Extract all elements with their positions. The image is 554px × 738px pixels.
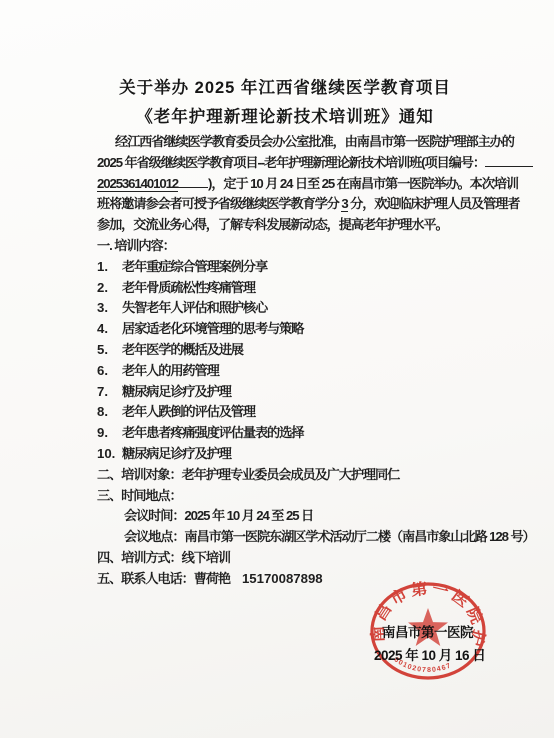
section-4: 四、培训方式：线下培训 <box>97 548 505 569</box>
blank-underline <box>485 153 533 167</box>
list-item: 5.老年医学的概括及进展 <box>97 340 505 361</box>
meeting-time: 会议时间：2025 年 10 月 24 至 25 日 <box>97 506 505 527</box>
title-line-2: 《老年护理新理论新技术培训班》通知 <box>30 103 540 132</box>
item-text: 老年人跌倒的评估及管理 <box>122 404 255 419</box>
intro-line-1: 经江西省继续医学教育委员会办公室批准，由南昌市第一医院护理部主办的 <box>97 132 505 153</box>
section-1-heading: 一. 培训内容： <box>97 236 505 257</box>
item-number: 8. <box>97 402 122 423</box>
section-2: 二、培训对象：老年护理专业委员会成员及广大护理同仁 <box>97 465 505 486</box>
meeting-place: 会议地点：南昌市第一医院东湖区学术活动厅二楼（南昌市象山北路 128 号） <box>97 527 505 548</box>
item-text: 老年患者疼痛强度评估量表的选择 <box>122 425 303 440</box>
item-number: 7. <box>97 382 122 403</box>
list-item: 6.老年人的用药管理 <box>97 361 505 382</box>
contact-phone: 15170087898 <box>242 571 323 586</box>
intro-line-4-post: 分，欢迎临床护理人员及管理者 <box>348 196 520 211</box>
item-number: 10. <box>97 444 122 465</box>
intro-line-4-pre: 班将邀请参会者可授予省级继续医学教育学分 <box>97 196 341 211</box>
intro-line-3: 2025361401012)，定于 10 月 24 日至 25 在南昌市第一医院… <box>97 174 505 195</box>
item-number: 1. <box>97 257 122 278</box>
item-number: 4. <box>97 319 122 340</box>
item-number: 3. <box>97 298 122 319</box>
item-text: 老年人的用药管理 <box>122 363 219 378</box>
list-item: 8.老年人跌倒的评估及管理 <box>97 402 505 423</box>
contact-label: 五、联系人电话：曹荷艳 <box>97 571 230 586</box>
list-item: 7.糖尿病足诊疗及护理 <box>97 382 505 403</box>
signature-date: 2025 年 10 月 16 日 <box>374 645 485 668</box>
item-number: 2. <box>97 278 122 299</box>
list-item: 3.失智老年人评估和照护核心 <box>97 298 505 319</box>
item-text: 老年骨质疏松性疼痛管理 <box>122 280 255 295</box>
item-text: 失智老年人评估和照护核心 <box>122 300 267 315</box>
document-body: 经江西省继续医学教育委员会办公室批准，由南昌市第一医院护理部主办的 2025 年… <box>97 132 505 590</box>
list-item: 9.老年患者疼痛强度评估量表的选择 <box>97 423 505 444</box>
item-text: 老年医学的概括及进展 <box>122 342 243 357</box>
item-number: 6. <box>97 361 122 382</box>
title-line-1: 关于举办 2025 年江西省继续医学教育项目 <box>30 74 540 103</box>
section-3-heading: 三、时间地点： <box>97 486 505 507</box>
document-page: 关于举办 2025 年江西省继续医学教育项目 《老年护理新理论新技术培训班》通知… <box>0 0 554 738</box>
list-item: 4.居家适老化环境管理的思考与策略 <box>97 319 505 340</box>
intro-line-2-text: 2025 年省级继续医学教育项目--老年护理新理论新技术培训班(项目编号： <box>97 155 485 170</box>
item-text: 居家适老化环境管理的思考与策略 <box>122 321 303 336</box>
item-number: 5. <box>97 340 122 361</box>
project-number: 2025361401012 <box>97 176 178 192</box>
list-item: 2.老年骨质疏松性疼痛管理 <box>97 278 505 299</box>
item-text: 老年重症综合管理案例分享 <box>122 259 267 274</box>
intro-line-2: 2025 年省级继续医学教育项目--老年护理新理论新技术培训班(项目编号： <box>97 153 505 174</box>
signature-block: 南昌市第一医院 2025 年 10 月 16 日 <box>374 622 485 667</box>
intro-line-4: 班将邀请参会者可授予省级继续医学教育学分 3 分，欢迎临床护理人员及管理者 <box>97 194 505 215</box>
document-title: 关于举办 2025 年江西省继续医学教育项目 《老年护理新理论新技术培训班》通知 <box>30 74 540 132</box>
blank-underline <box>178 174 208 188</box>
list-item: 10.糖尿病足诊疗及护理 <box>97 444 505 465</box>
signature-org: 南昌市第一医院 <box>374 622 485 645</box>
item-text: 糖尿病足诊疗及护理 <box>122 446 231 461</box>
item-number: 9. <box>97 423 122 444</box>
list-item: 1.老年重症综合管理案例分享 <box>97 257 505 278</box>
intro-line-5: 参加，交流业务心得，了解专科发展新动态，提高老年护理水平。 <box>97 215 505 236</box>
intro-line-3-text: )，定于 10 月 24 日至 25 在南昌市第一医院举办。本次培训 <box>208 176 518 191</box>
item-text: 糖尿病足诊疗及护理 <box>122 384 231 399</box>
